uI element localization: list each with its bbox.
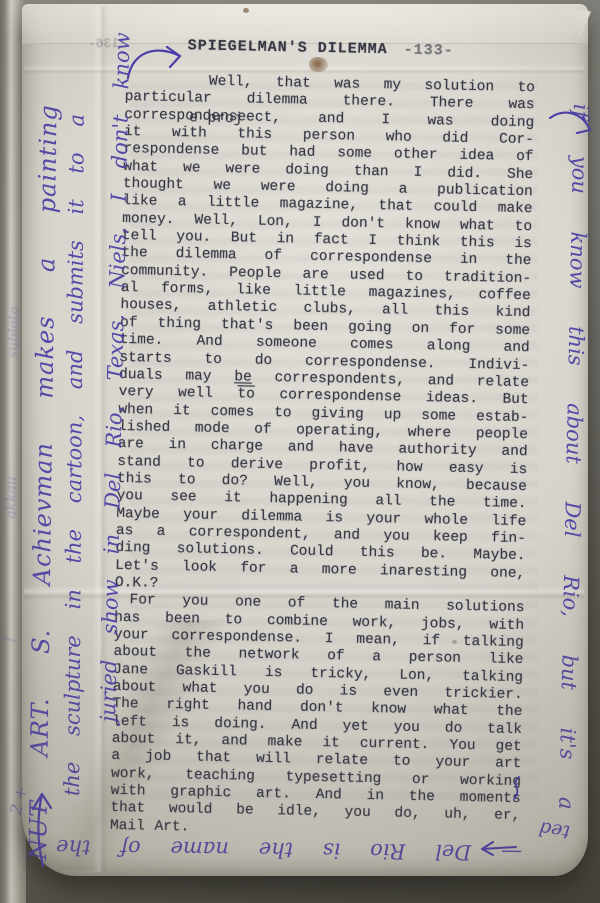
- typed-paragraphs: Well, that was my solution toparticular …: [110, 72, 535, 843]
- paper-speck: [452, 640, 457, 644]
- overtyped-correction: ondensee proj: [185, 108, 246, 127]
- arrow-left-icon: [476, 840, 518, 856]
- underlined-word: be: [234, 369, 252, 385]
- overtype-over: e proj: [189, 110, 243, 128]
- ink-blot-stain: [309, 57, 328, 72]
- arrow-right-icon: [124, 36, 188, 82]
- paper-speck: [243, 8, 249, 13]
- photo-backdrop: -136- SPIEGELMAN'S DILEMMA-133- Well, th…: [0, 0, 600, 903]
- title-text: SPIEGELMAN'S DILEMMA: [188, 37, 388, 58]
- page-number: -133-: [404, 42, 454, 60]
- arrow-up-icon: [26, 788, 58, 870]
- arrow-right-icon: [546, 106, 596, 148]
- typed-text-block: SPIEGELMAN'S DILEMMA-133- Well, that was…: [110, 30, 536, 843]
- margin-note-left-2: the sculpture in the cartoon, and submit…: [60, 114, 89, 796]
- ink-squiggle: [506, 774, 526, 802]
- overlined-word: to: [237, 386, 255, 402]
